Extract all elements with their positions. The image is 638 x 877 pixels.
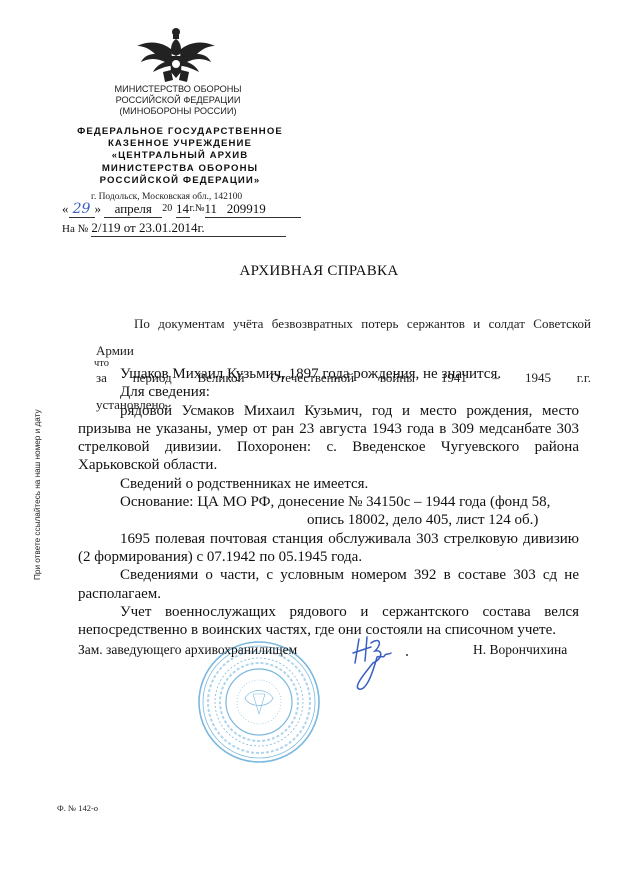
- org-line: ФЕДЕРАЛЬНОЕ ГОСУДАРСТВЕННОЕ: [64, 126, 296, 138]
- basis-text-continued: опись 18002, дело 405, лист 124 об.): [78, 511, 579, 529]
- handwritten-signature-icon: [345, 633, 415, 693]
- reference-text: 2/119 от 23.01.2014г.: [91, 220, 204, 235]
- basis-text: Основание: ЦА МО РФ, донесение № 34150с …: [78, 493, 579, 511]
- date-day: 29: [69, 201, 95, 218]
- number-sign: №: [195, 203, 205, 214]
- signatory-name: Н. Ворончихина: [473, 642, 567, 658]
- records-text: Учет военнослужащих рядового и сержантск…: [78, 603, 579, 640]
- signatory-position: Зам. заведующего архивохранилищем: [78, 642, 297, 658]
- postal-text: 1695 полевая почтовая станция обслуживал…: [78, 530, 579, 567]
- side-note-text: При ответе ссылайтесь на наш номер и дат…: [33, 409, 42, 580]
- ministry-line: МИНИСТЕРСТВО ОБОРОНЫ: [88, 84, 268, 95]
- org-line: РОССИЙСКОЙ ФЕДЕРАЦИИ»: [64, 175, 296, 187]
- date-day-handwritten: 29: [73, 201, 91, 217]
- year-text: 14: [176, 201, 189, 216]
- relatives-text: Сведений о родственниках не имеется.: [78, 475, 579, 493]
- reference-line: На № 2/119 от 23.01.2014г.: [62, 220, 286, 237]
- unit-text: Сведениями о части, с условным номером 3…: [78, 566, 579, 603]
- info-text: рядовой Усмаков Михаил Кузьмич, год и ме…: [78, 402, 579, 475]
- org-line: «ЦЕНТРАЛЬНЫЙ АРХИВ: [64, 150, 296, 162]
- ministry-line: РОССИЙСКОЙ ФЕДЕРАЦИИ: [88, 95, 268, 106]
- quote: »: [95, 201, 102, 216]
- date-year: 14: [176, 201, 190, 218]
- org-line: КАЗЕННОЕ УЧРЕЖДЕНИЕ: [64, 138, 296, 150]
- finding-text: Ушаков Михаил Кузьмич, 1897 года рождени…: [78, 365, 579, 383]
- double-headed-eagle-emblem-icon: [135, 26, 217, 84]
- document-date-number: «29» апреля20 14г.№11 209919: [62, 201, 301, 218]
- date-century: 20: [162, 203, 172, 214]
- form-number: Ф. № 142-о: [57, 803, 98, 813]
- side-note: При ответе ссылайтесь на наш номер и дат…: [33, 400, 49, 580]
- reference-value: 2/119 от 23.01.2014г.: [91, 220, 286, 237]
- document-title: АРХИВНАЯ СПРАВКА: [0, 263, 638, 280]
- document-number-text: 11 209919: [205, 201, 266, 216]
- for-info-label: Для сведения:: [78, 383, 579, 401]
- document-body: Ушаков Михаил Кузьмич, 1897 года рождени…: [78, 365, 579, 639]
- document-number: 11 209919: [205, 201, 301, 218]
- organization-name: ФЕДЕРАЛЬНОЕ ГОСУДАРСТВЕННОЕ КАЗЕННОЕ УЧР…: [64, 126, 296, 187]
- ministry-name: МИНИСТЕРСТВО ОБОРОНЫ РОССИЙСКОЙ ФЕДЕРАЦИ…: [88, 84, 268, 117]
- reference-prefix: На №: [62, 223, 88, 235]
- date-month: апреля: [104, 201, 162, 218]
- intro-line: По документам учёта безвозвратных потерь…: [96, 310, 591, 364]
- ministry-line: (МИНОБОРОНЫ РОССИИ): [88, 106, 268, 117]
- org-line: МИНИСТЕРСТВА ОБОРОНЫ: [64, 163, 296, 175]
- month-text: апреля: [115, 201, 152, 216]
